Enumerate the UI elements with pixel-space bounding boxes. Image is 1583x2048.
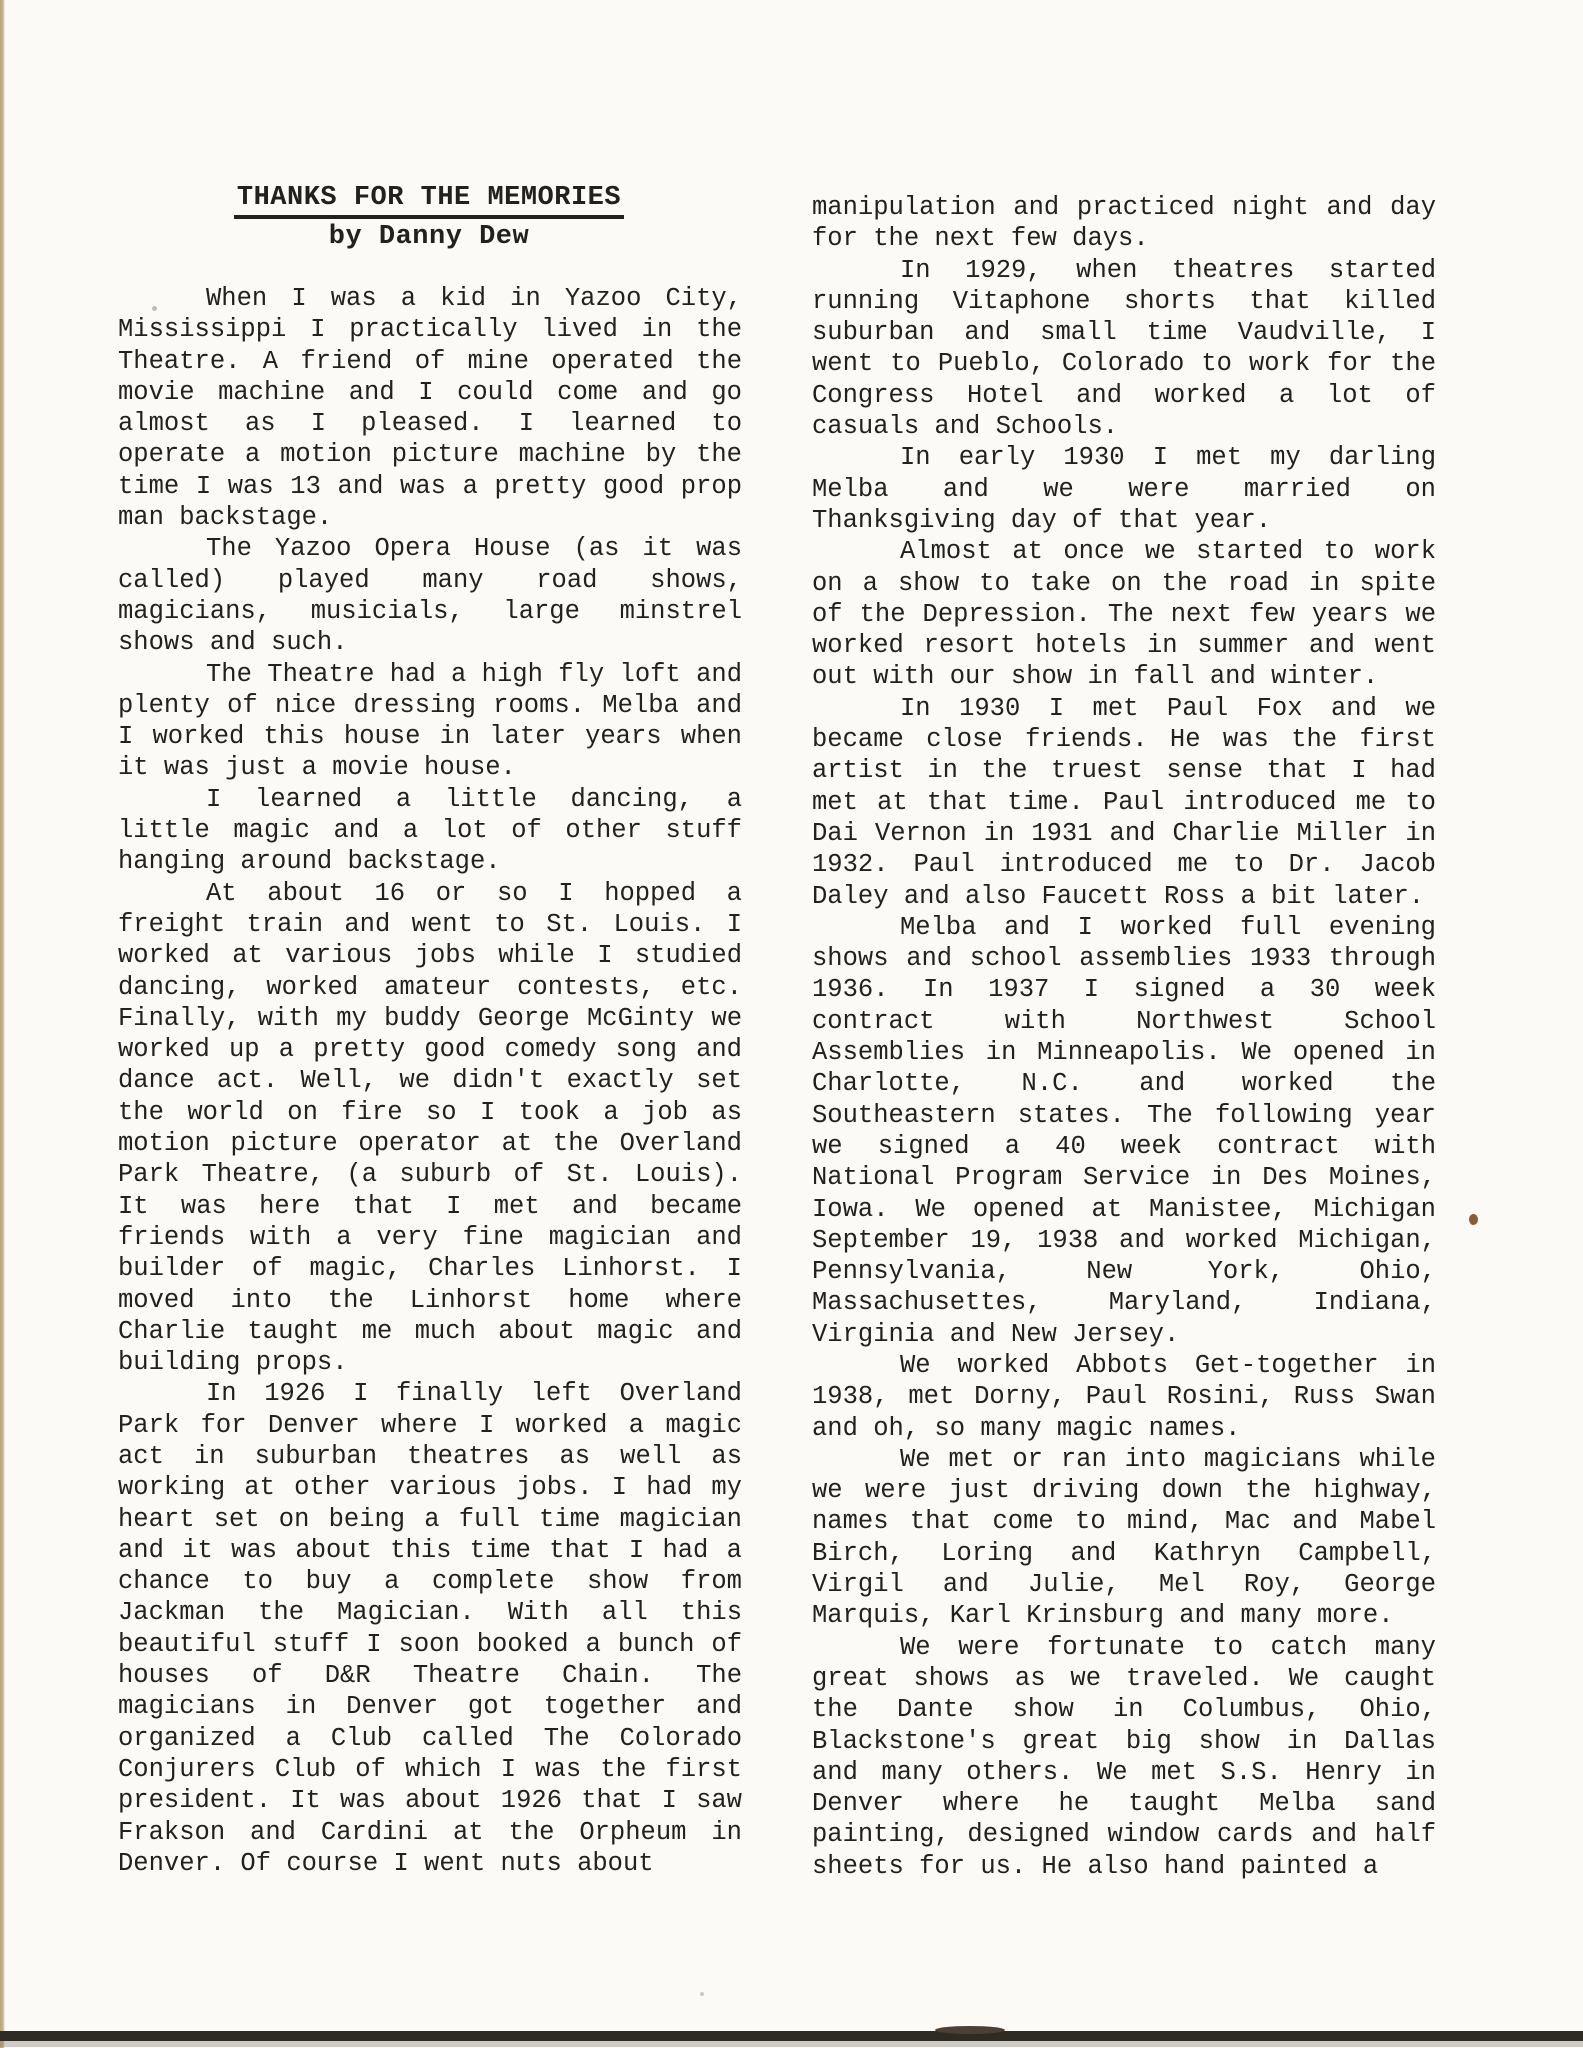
paragraph: We worked Abbots Get-together in 1938, m… [812,1350,1436,1444]
article-header: THANKS FOR THE MEMORIES by Danny Dew [118,183,740,252]
paragraph: At about 16 or so I hopped a freight tra… [118,878,742,1379]
right-column: manipulation and practiced night and day… [812,192,1436,1882]
paragraph: I learned a little dancing, a little mag… [118,784,742,878]
paragraph: Almost at once we started to work on a s… [812,536,1436,692]
paragraph: In 1930 I met Paul Fox and we became clo… [812,693,1436,912]
paragraph: In 1926 I finally left Overland Park for… [118,1378,742,1879]
paragraph: When I was a kid in Yazoo City, Mississi… [118,283,742,533]
ink-speck [700,1992,704,1996]
ink-speck [1469,1214,1478,1225]
left-column: When I was a kid in Yazoo City, Mississi… [118,283,742,1879]
ink-speck [152,306,157,311]
scan-edge-left [0,0,5,2048]
paragraph: Melba and I worked full evening shows an… [812,912,1436,1350]
paragraph: manipulation and practiced night and day… [812,192,1436,255]
page-title-text: THANKS FOR THE MEMORIES [234,183,624,219]
scan-edge-artifact [935,2026,1005,2034]
scan-edge-bottom [0,2031,1583,2041]
paragraph: In 1929, when theatres started running V… [812,255,1436,443]
paragraph: We were fortunate to catch many great sh… [812,1632,1436,1882]
paragraph: We met or ran into magicians while we we… [812,1444,1436,1632]
paragraph: The Yazoo Opera House (as it was called)… [118,533,742,658]
paragraph: The Theatre had a high fly loft and plen… [118,659,742,784]
paragraph: In early 1930 I met my darling Melba and… [812,442,1436,536]
article-byline: by Danny Dew [118,222,740,252]
page-title: THANKS FOR THE MEMORIES [118,183,740,219]
scanned-page: THANKS FOR THE MEMORIES by Danny Dew Whe… [0,0,1583,2048]
